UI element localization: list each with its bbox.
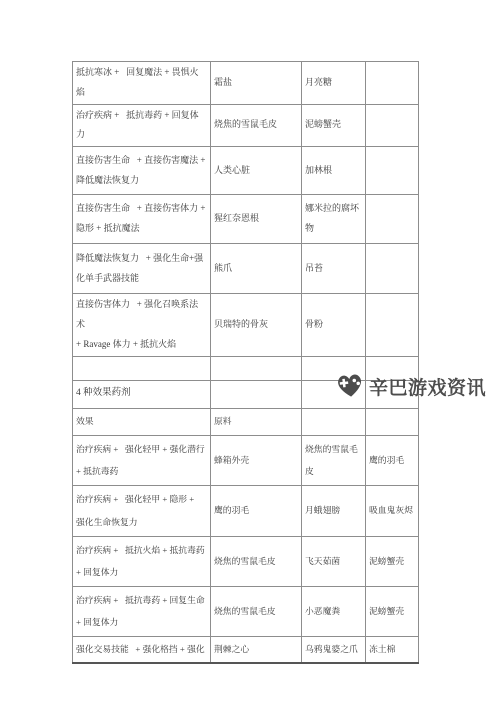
table-row: 治疗疾病 + 抵抗毒药 + 回复生命 + 回复体力 烧焦的雪鼠毛皮 小恶魔粪 泥… bbox=[73, 586, 419, 636]
ingredient-cell-1: 鹰的羽毛 bbox=[211, 485, 302, 536]
heart-gamepad-icon bbox=[335, 373, 365, 399]
ingredient-cell-2: 月亮糖 bbox=[302, 62, 366, 105]
effect-cell: 治疗疾病 + 强化轻甲 + 强化潜行 + 抵抗毒药 bbox=[73, 435, 211, 485]
table-row: 治疗疾病 + 抵抗火焰 + 抵抗毒药 + 回复体力 烧焦的雪鼠毛皮 飞天茹菌 泥… bbox=[73, 536, 419, 586]
ingredient-cell-1: 霜盐 bbox=[211, 62, 302, 105]
table-row: 治疗疾病 + 强化轻甲 + 隐形 + 强化生命恢复力 鹰的羽毛 月蛾翅膀 吸血鬼… bbox=[73, 485, 419, 536]
ingredient-cell-1: 熊爪 bbox=[211, 244, 302, 294]
effect-header-cell: 效果 bbox=[73, 408, 211, 435]
ingredient-cell-1: 蜂箱外壳 bbox=[211, 435, 302, 485]
ingredient-cell-3 bbox=[366, 104, 419, 147]
ingredient-header-cell: 原料 bbox=[211, 408, 302, 435]
ingredient-cell-2: 飞天茹菌 bbox=[302, 536, 366, 586]
ingredient-cell-3: 吸血鬼灰烬 bbox=[366, 485, 419, 536]
table-row: 降低魔法恢复力 + 强化生命+强 化单手武器技能 熊爪 吊苔 bbox=[73, 244, 419, 294]
effect-cell: 强化交易技能 + 强化格挡 + 强化 bbox=[73, 636, 211, 663]
effect-cell: 治疗疾病 + 抵抗毒药 + 回复生命 + 回复体力 bbox=[73, 586, 211, 636]
ingredient-cell-1: 烧焦的雪鼠毛皮 bbox=[211, 536, 302, 586]
ingredient-cell-2 bbox=[302, 408, 366, 435]
effect-cell: 抵抗寒冰 + 回复魔法 + 畏惧火焰 bbox=[73, 62, 211, 105]
ingredient-cell-2: 骨粉 bbox=[302, 294, 366, 356]
table-row: 直接伤害体力 + 强化召唤系法术 + Ravage 体力 + 抵抗火焰 贝瑞特的… bbox=[73, 294, 419, 356]
table-row: 抵抗寒冰 + 回复魔法 + 畏惧火焰 霜盐 月亮糖 bbox=[73, 62, 419, 105]
ingredient-cell-1: 人类心脏 bbox=[211, 147, 302, 195]
document-page: 抵抗寒冰 + 回复魔法 + 畏惧火焰 霜盐 月亮糖 治疗疾病 + 抵抗毒药 + … bbox=[0, 0, 500, 708]
effect-cell bbox=[73, 356, 211, 380]
ingredient-cell-1: 贝瑞特的骨灰 bbox=[211, 294, 302, 356]
site-watermark: 辛巴游戏资讯 bbox=[335, 371, 486, 401]
ingredient-cell-2: 乌鸦鬼婆之爪 bbox=[302, 636, 366, 663]
effect-cell: 治疗疾病 + 抵抗火焰 + 抵抗毒药 + 回复体力 bbox=[73, 536, 211, 586]
section-title-cell: 4 种效果药剂 bbox=[73, 380, 211, 408]
ingredient-cell-2: 月蛾翅膀 bbox=[302, 485, 366, 536]
ingredient-cell-3: 泥螃蟹壳 bbox=[366, 536, 419, 586]
ingredient-cell-2: 小恶魔粪 bbox=[302, 586, 366, 636]
ingredient-cell-1: 荆棘之心 bbox=[211, 636, 302, 663]
ingredient-cell-2: 烧焦的雪鼠毛 皮 bbox=[302, 435, 366, 485]
ingredient-cell-3: 冻土棉 bbox=[366, 636, 419, 663]
ingredient-cell-3 bbox=[366, 195, 419, 244]
ingredient-cell-1: 烧焦的雪鼠毛皮 bbox=[211, 586, 302, 636]
ingredient-cell-3 bbox=[366, 294, 419, 356]
effect-cell: 直接伤害生命 + 直接伤害体力 + 隐形 + 抵抗魔法 bbox=[73, 195, 211, 244]
watermark-label: 辛巴游戏资讯 bbox=[369, 373, 486, 400]
ingredient-cell-2: 娜米拉的腐坏 物 bbox=[302, 195, 366, 244]
table-row: 强化交易技能 + 强化格挡 + 强化 荆棘之心 乌鸦鬼婆之爪 冻土棉 bbox=[73, 636, 419, 663]
ingredient-cell-3 bbox=[366, 147, 419, 195]
ingredient-cell-3 bbox=[366, 62, 419, 105]
effect-cell: 直接伤害体力 + 强化召唤系法术 + Ravage 体力 + 抵抗火焰 bbox=[73, 294, 211, 356]
ingredient-cell-2: 吊苔 bbox=[302, 244, 366, 294]
alchemy-recipe-table: 抵抗寒冰 + 回复魔法 + 畏惧火焰 霜盐 月亮糖 治疗疾病 + 抵抗毒药 + … bbox=[72, 61, 419, 664]
ingredient-cell-3 bbox=[366, 244, 419, 294]
ingredient-cell-1 bbox=[211, 380, 302, 408]
effect-cell: 直接伤害生命 + 直接伤害魔法 + 降低魔法恢复力 bbox=[73, 147, 211, 195]
table-row: 直接伤害生命 + 直接伤害体力 + 隐形 + 抵抗魔法 猩红奈恩根 娜米拉的腐坏… bbox=[73, 195, 419, 244]
effect-cell: 治疗疾病 + 抵抗毒药 + 回复体力 bbox=[73, 104, 211, 147]
effect-cell: 降低魔法恢复力 + 强化生命+强 化单手武器技能 bbox=[73, 244, 211, 294]
ingredient-cell-2: 加林根 bbox=[302, 147, 366, 195]
table-row: 直接伤害生命 + 直接伤害魔法 + 降低魔法恢复力 人类心脏 加林根 bbox=[73, 147, 419, 195]
effect-cell: 治疗疾病 + 强化轻甲 + 隐形 + 强化生命恢复力 bbox=[73, 485, 211, 536]
ingredient-cell-1: 猩红奈恩根 bbox=[211, 195, 302, 244]
ingredient-cell-1 bbox=[211, 356, 302, 380]
ingredient-cell-3: 鹰的羽毛 bbox=[366, 435, 419, 485]
table-row: 治疗疾病 + 抵抗毒药 + 回复体力 烧焦的雪鼠毛皮 泥螃蟹壳 bbox=[73, 104, 419, 147]
header-row: 效果 原料 bbox=[73, 408, 419, 435]
ingredient-cell-3: 泥螃蟹壳 bbox=[366, 586, 419, 636]
table-row: 治疗疾病 + 强化轻甲 + 强化潜行 + 抵抗毒药 蜂箱外壳 烧焦的雪鼠毛 皮 … bbox=[73, 435, 419, 485]
ingredient-cell-3 bbox=[366, 408, 419, 435]
ingredient-cell-2: 泥螃蟹壳 bbox=[302, 104, 366, 147]
ingredient-cell-1: 烧焦的雪鼠毛皮 bbox=[211, 104, 302, 147]
